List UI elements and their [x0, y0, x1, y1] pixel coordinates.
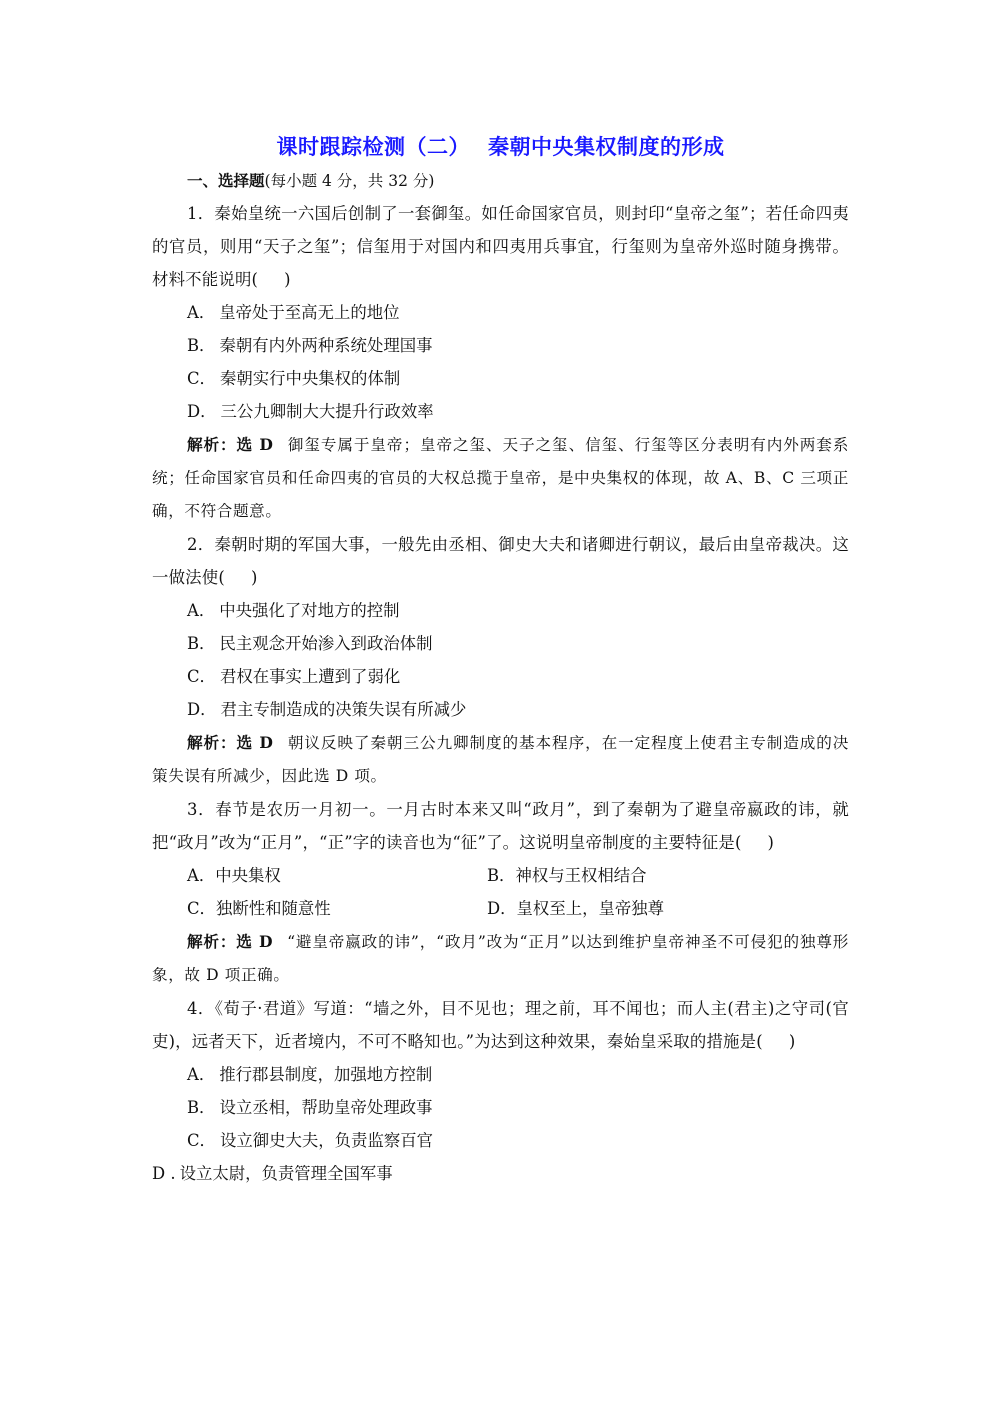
option-c: C．君权在事实上遭到了弱化 — [152, 660, 849, 693]
analysis-answer: 选 D — [236, 932, 273, 951]
option-b: B．神权与王权相结合 — [487, 859, 787, 892]
question-stem: 4．《荀子·君道》写道：“墙之外，目不见也；理之前，耳不闻也；而人主(君主)之守… — [152, 992, 849, 1058]
question-stem: 2．秦朝时期的军国大事，一般先由丞相、御史大夫和诸卿进行朝议，最后由皇帝裁决。这… — [152, 528, 849, 594]
page-title: 课时跟踪检测（二）秦朝中央集权制度的形成 — [152, 130, 849, 164]
analysis: 解析：选 D朝议反映了秦朝三公九卿制度的基本程序，在一定程度上使君主专制造成的决… — [152, 726, 849, 793]
worksheet-page: 课时跟踪检测（二）秦朝中央集权制度的形成 一、选择题(每小题 4 分，共 32 … — [152, 130, 849, 1190]
analysis-label: 解析： — [187, 932, 236, 951]
analysis-label: 解析： — [187, 733, 237, 752]
question-number: 4． — [187, 999, 215, 1018]
option-c: C．设立御史大夫，负责监察百官 — [152, 1124, 849, 1157]
title-part-2: 秦朝中央集权制度的形成 — [488, 135, 725, 159]
section-heading-note: (每小题 4 分，共 32 分) — [265, 172, 435, 190]
option-d: D．君主专制造成的决策失误有所减少 — [152, 693, 849, 726]
option-d: D .设立太尉，负责管理全国军事 — [152, 1157, 849, 1190]
question-number: 1． — [187, 204, 214, 223]
question-text: 秦始皇统一六国后创制了一套御玺。如任命国家官员，则封印“皇帝之玺”；若任命四夷的… — [152, 204, 849, 289]
option-row: C．独断性和随意性 D．皇权至上，皇帝独尊 — [152, 892, 849, 925]
section-heading-label: 一、选择题 — [187, 171, 265, 190]
question-stem: 3．春节是农历一月初一。一月古时本来又叫“政月”，到了秦朝为了避皇帝嬴政的讳，就… — [152, 793, 849, 859]
question-stem: 1．秦始皇统一六国后创制了一套御玺。如任命国家官员，则封印“皇帝之玺”；若任命四… — [152, 197, 849, 296]
section-heading: 一、选择题(每小题 4 分，共 32 分) — [152, 164, 849, 197]
option-a: A．推行郡县制度，加强地方控制 — [152, 1058, 849, 1091]
option-b: B．民主观念开始渗入到政治体制 — [152, 627, 849, 660]
option-b: B．秦朝有内外两种系统处理国事 — [152, 329, 849, 362]
option-a: A．中央集权 — [152, 859, 487, 892]
question-4: 4．《荀子·君道》写道：“墙之外，目不见也；理之前，耳不闻也；而人主(君主)之守… — [152, 992, 849, 1190]
question-number: 3． — [187, 800, 215, 819]
question-text: 《荀子·君道》写道：“墙之外，目不见也；理之前，耳不闻也；而人主(君主)之守司(… — [152, 999, 849, 1051]
question-2: 2．秦朝时期的军国大事，一般先由丞相、御史大夫和诸卿进行朝议，最后由皇帝裁决。这… — [152, 528, 849, 793]
option-c: C．独断性和随意性 — [152, 892, 487, 925]
question-1: 1．秦始皇统一六国后创制了一套御玺。如任命国家官员，则封印“皇帝之玺”；若任命四… — [152, 197, 849, 528]
question-3: 3．春节是农历一月初一。一月古时本来又叫“政月”，到了秦朝为了避皇帝嬴政的讳，就… — [152, 793, 849, 992]
option-a: A．中央强化了对地方的控制 — [152, 594, 849, 627]
analysis: 解析：选 D御玺专属于皇帝；皇帝之玺、天子之玺、信玺、行玺等区分表明有内外两套系… — [152, 428, 849, 528]
question-number: 2． — [187, 535, 214, 554]
analysis-answer: 选 D — [237, 435, 274, 454]
question-text: 春节是农历一月初一。一月古时本来又叫“政月”，到了秦朝为了避皇帝嬴政的讳，就把“… — [152, 800, 849, 852]
option-b: B．设立丞相，帮助皇帝处理政事 — [152, 1091, 849, 1124]
title-part-1: 课时跟踪检测（二） — [277, 135, 471, 159]
option-row: A．中央集权 B．神权与王权相结合 — [152, 859, 849, 892]
option-d: D．皇权至上，皇帝独尊 — [487, 892, 787, 925]
analysis-label: 解析： — [187, 435, 237, 454]
option-d: D．三公九卿制大大提升行政效率 — [152, 395, 849, 428]
option-c: C．秦朝实行中央集权的体制 — [152, 362, 849, 395]
analysis: 解析：选 D“避皇帝嬴政的讳”，“政月”改为“正月”以达到维护皇帝神圣不可侵犯的… — [152, 925, 849, 992]
analysis-answer: 选 D — [237, 733, 274, 752]
option-a: A．皇帝处于至高无上的地位 — [152, 296, 849, 329]
